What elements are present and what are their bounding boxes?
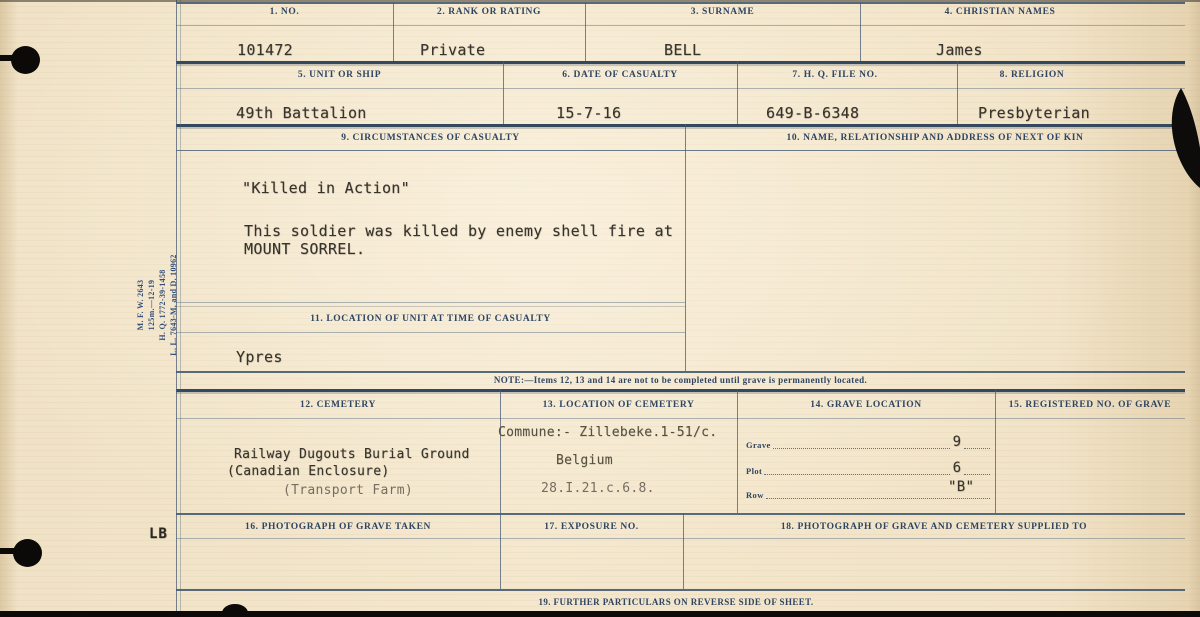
- cemetery-location-line1: Commune:- Zillebeke.1-51/c.: [498, 425, 717, 440]
- field-value-no: 101472: [237, 41, 293, 59]
- field-label-photo-supplied: 18. PHOTOGRAPH OF GRAVE AND CEMETERY SUP…: [683, 522, 1185, 532]
- field-label-date-of-casualty: 6. DATE OF CASUALTY: [503, 70, 737, 80]
- grave-row: Grave 9: [746, 433, 992, 450]
- grid-line: [176, 124, 1185, 127]
- field-value-surname: BELL: [664, 41, 701, 59]
- field-value-location-of-unit: Ypres: [236, 348, 283, 366]
- field-value-unit: 49th Battalion: [236, 104, 367, 122]
- grid-line: [176, 513, 1185, 515]
- circumstances-quote: "Killed in Action": [242, 179, 410, 197]
- plot-row-value: 6: [953, 460, 961, 476]
- field-label-unit: 5. UNIT OR SHIP: [176, 70, 503, 80]
- grid-line: [176, 371, 1185, 373]
- dotted-leader: [764, 473, 949, 475]
- stamp-line: H. Q. 1772-39-1458: [158, 239, 169, 371]
- hole-punch-bottom: [13, 539, 42, 567]
- plot-row-label: Plot: [746, 466, 762, 476]
- grid-line: [176, 2, 1185, 4]
- grid-line: [176, 302, 685, 303]
- scan-edge-bottom: [0, 611, 1200, 617]
- field-label-photo-taken: 16. PHOTOGRAPH OF GRAVE TAKEN: [176, 522, 500, 532]
- field-label-circumstances: 9. CIRCUMSTANCES OF CASUALTY: [176, 133, 685, 143]
- row-row-label: Row: [746, 490, 764, 500]
- printers-stamp: M. F. W. 2643 125m.—12-19 H. Q. 1772-39-…: [99, 239, 217, 371]
- dotted-leader: [964, 473, 990, 475]
- grid-line: [176, 61, 1185, 64]
- cemetery-line1: Railway Dugouts Burial Ground: [234, 447, 470, 462]
- field-label-hq-file-no: 7. H. Q. FILE NO.: [737, 70, 933, 80]
- stamp-line: 125m.—12-19: [147, 239, 158, 371]
- stamp-line: M. F. W. 2643: [136, 239, 147, 371]
- field-value-date-of-casualty: 15-7-16: [556, 104, 621, 122]
- grid-line: [176, 306, 685, 307]
- hole-punch-slit: [0, 55, 14, 61]
- field-value-religion: Presbyterian: [978, 104, 1090, 122]
- cemetery-location-line2: Belgium: [556, 453, 613, 468]
- cemetery-line2: (Canadian Enclosure): [227, 464, 390, 479]
- field-label-surname: 3. SURNAME: [585, 7, 860, 17]
- grid-line: [176, 25, 1185, 26]
- note-items-12-13-14: NOTE:—Items 12, 13 and 14 are not to be …: [176, 375, 1185, 385]
- field-value-rank: Private: [420, 41, 485, 59]
- grid-line: [176, 589, 1185, 591]
- row-row-value: "B": [948, 479, 974, 495]
- grid-line: [176, 418, 1185, 419]
- field-label-grave-location: 14. GRAVE LOCATION: [737, 400, 995, 410]
- scan-edge-top: [0, 0, 1200, 2]
- dotted-leader: [964, 447, 990, 449]
- cemetery-location-line3: 28.I.21.c.6.8.: [541, 481, 655, 496]
- field-label-christian-names: 4. CHRISTIAN NAMES: [850, 7, 1150, 17]
- clerk-initials: LB: [149, 526, 168, 542]
- grave-row-value: 9: [953, 434, 961, 450]
- grid-line: [176, 332, 685, 333]
- dotted-leader: [766, 497, 990, 499]
- hole-punch-slit: [0, 548, 16, 554]
- grave-row-label: Grave: [746, 440, 771, 450]
- grid-line: [176, 88, 1185, 89]
- circumstances-line1: This soldier was killed by enemy shell f…: [244, 222, 673, 240]
- field-label-exposure-no: 17. EXPOSURE NO.: [500, 522, 683, 532]
- grid-line: [176, 389, 1185, 392]
- further-particulars: 19. FURTHER PARTICULARS ON REVERSE SIDE …: [176, 597, 1176, 607]
- circumstances-line2: MOUNT SORREL.: [244, 240, 365, 258]
- casualty-record-sheet: 1. NO. 2. RANK OR RATING 3. SURNAME 4. C…: [0, 0, 1200, 617]
- grid-line: [176, 538, 1185, 539]
- dotted-leader: [773, 447, 950, 449]
- hole-punch-top: [11, 46, 40, 74]
- ink-tear-mark: [1148, 78, 1200, 198]
- field-label-religion: 8. RELIGION: [957, 70, 1107, 80]
- field-label-cemetery: 12. CEMETERY: [176, 400, 500, 410]
- field-label-no: 1. NO.: [176, 7, 393, 17]
- field-value-christian-names: James: [936, 41, 983, 59]
- field-label-cemetery-location: 13. LOCATION OF CEMETERY: [500, 400, 737, 410]
- plot-row: Plot 6: [746, 459, 992, 476]
- field-label-rank: 2. RANK OR RATING: [393, 7, 585, 17]
- field-label-next-of-kin: 10. NAME, RELATIONSHIP AND ADDRESS OF NE…: [685, 133, 1185, 143]
- stamp-line: L. L. 7643-M. and D. 10962: [169, 239, 180, 371]
- field-value-hq-file-no: 649-B-6348: [766, 104, 859, 122]
- cemetery-line3: (Transport Farm): [283, 483, 413, 498]
- grid-line: [685, 124, 686, 371]
- field-label-location-of-unit: 11. LOCATION OF UNIT AT TIME OF CASUALTY: [176, 314, 685, 324]
- grid-line: [176, 150, 1185, 151]
- field-label-registered-no: 15. REGISTERED NO. OF GRAVE: [995, 400, 1185, 410]
